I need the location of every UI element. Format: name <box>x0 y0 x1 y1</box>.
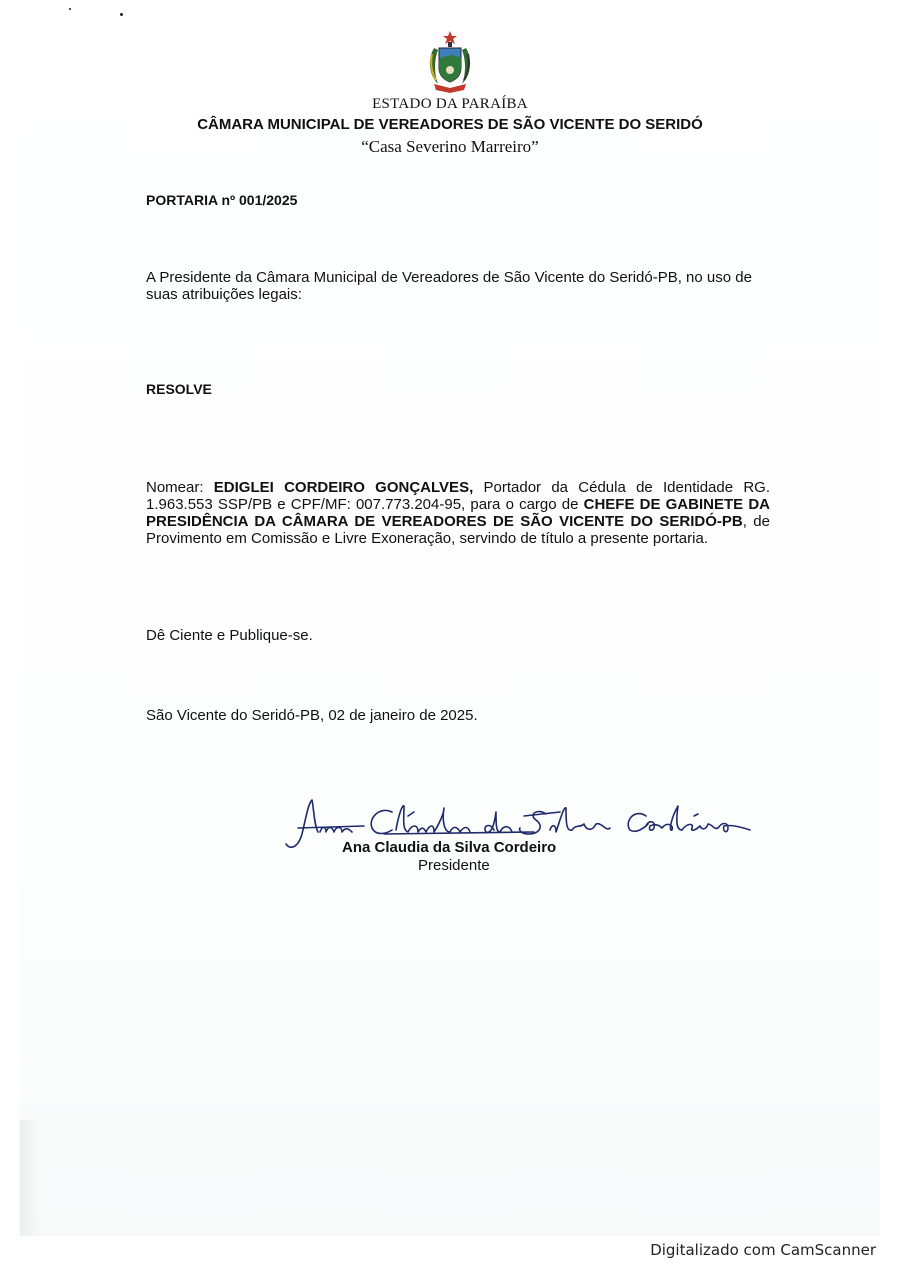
scan-noise-edge <box>20 1120 40 1236</box>
chamber-heading: CÂMARA MUNICIPAL DE VEREADORES DE SÃO VI… <box>0 116 900 133</box>
scanned-page <box>20 0 880 1236</box>
publish-notice: Dê Ciente e Publique-se. <box>146 627 313 644</box>
house-name: “Casa Severino Marreiro” <box>0 137 900 157</box>
resolve-heading: RESOLVE <box>146 381 212 398</box>
scan-speck <box>120 13 123 16</box>
signatory-role: Presidente <box>418 857 490 874</box>
place-date: São Vicente do Seridó-PB, 02 de janeiro … <box>146 707 478 724</box>
signatory-name: Ana Claudia da Silva Cordeiro <box>342 839 556 856</box>
nomination-paragraph: Nomear: EDIGLEI CORDEIRO GONÇALVES, Port… <box>146 479 770 547</box>
scan-speck <box>69 8 71 10</box>
coat-of-arms-icon <box>422 30 478 94</box>
portaria-number: PORTARIA nº 001/2025 <box>146 192 297 209</box>
intro-paragraph: A Presidente da Câmara Municipal de Vere… <box>146 269 756 303</box>
state-heading: ESTADO DA PARAÍBA <box>0 96 900 113</box>
nominee-name: EDIGLEI CORDEIRO GONÇALVES, <box>214 479 473 496</box>
nomination-prefix: Nomear: <box>146 479 214 496</box>
camscanner-watermark: Digitalizado com CamScanner <box>650 1241 876 1259</box>
